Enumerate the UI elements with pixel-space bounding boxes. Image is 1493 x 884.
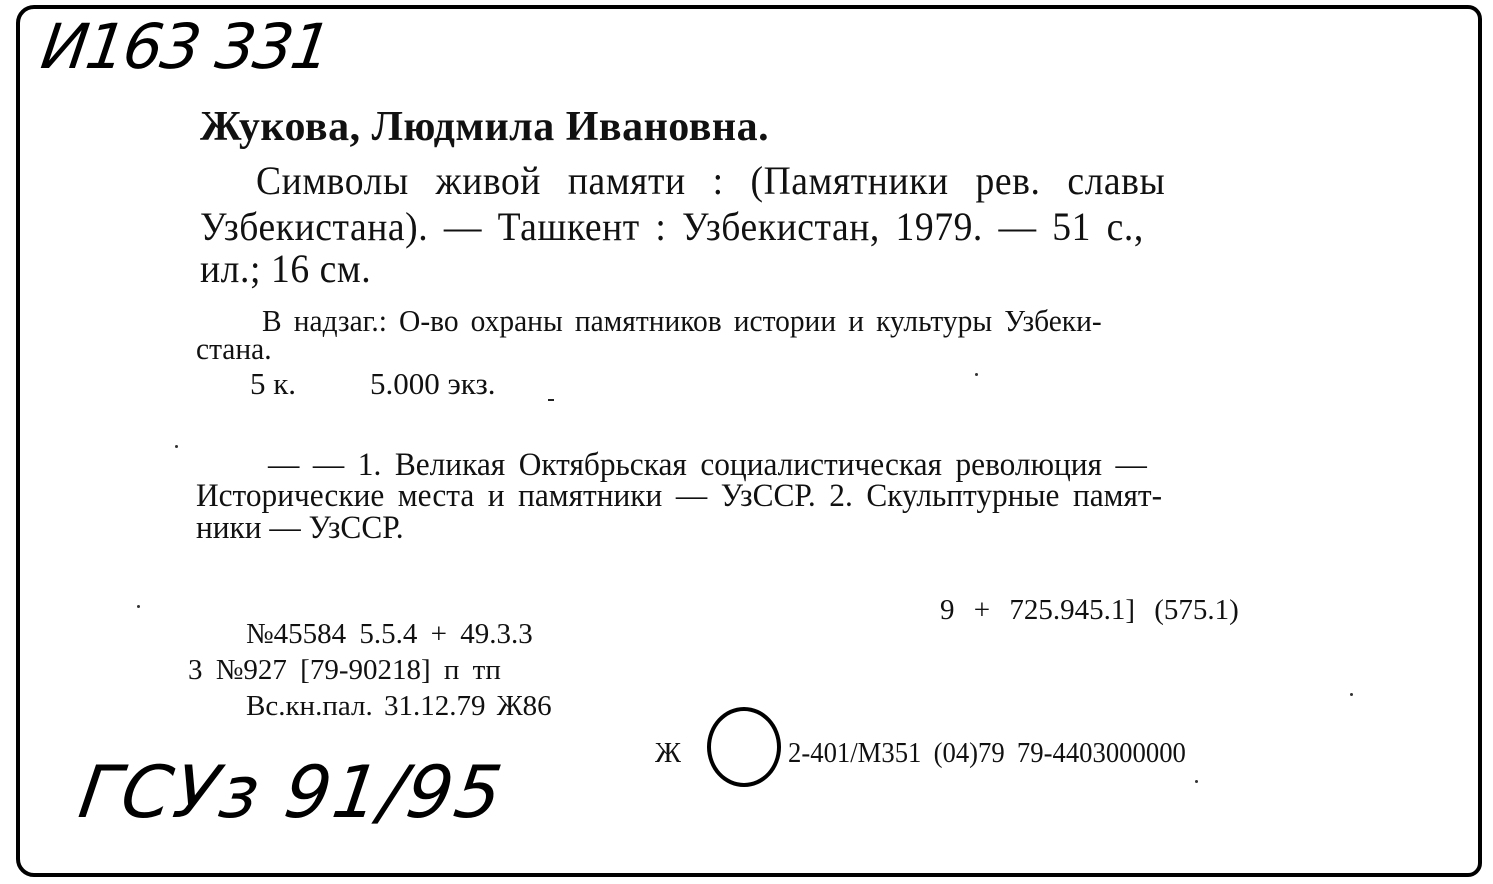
speck xyxy=(975,373,978,376)
speck xyxy=(1350,693,1353,696)
cutter-letter: Ж xyxy=(655,737,681,770)
classification-index: 9 + 725.945.1] (575.1) xyxy=(940,594,1239,627)
title-line-2: Узбекистана). — Ташкент : Узбекистан, 19… xyxy=(200,203,1144,250)
code-line-1: №45584 5.5.4 + 49.3.3 xyxy=(246,618,533,651)
handwritten-inventory-mark: ГСУз 91/95 xyxy=(74,750,509,834)
speck xyxy=(137,605,140,608)
code-line-2: 3 №927 [79-90218] п тп xyxy=(188,654,501,687)
bbk-code: 2-401/М351 (04)79 79-4403000000 xyxy=(788,737,1186,770)
separator-mark xyxy=(548,399,554,401)
speck xyxy=(1195,780,1198,783)
copyright-circle-icon xyxy=(707,707,781,787)
title-line-3: ил.; 16 см. xyxy=(200,245,371,292)
handwritten-shelf-mark: И163 331 xyxy=(37,10,334,83)
title-line-1: Символы живой памяти : (Памятники рев. с… xyxy=(256,157,1165,204)
price: 5 к. xyxy=(250,366,296,402)
speck xyxy=(175,445,178,448)
code-line-3: Вс.кн.пал. 31.12.79 Ж86 xyxy=(246,690,552,723)
print-run: 5.000 экз. xyxy=(370,366,495,402)
note-line-1: В надзаг.: О-во охраны памятников истори… xyxy=(262,303,1102,339)
note-line-2: стана. xyxy=(196,331,272,367)
author-heading: Жукова, Людмила Ивановна. xyxy=(200,103,769,151)
subject-line-3: ники — УзССР. xyxy=(196,510,404,547)
